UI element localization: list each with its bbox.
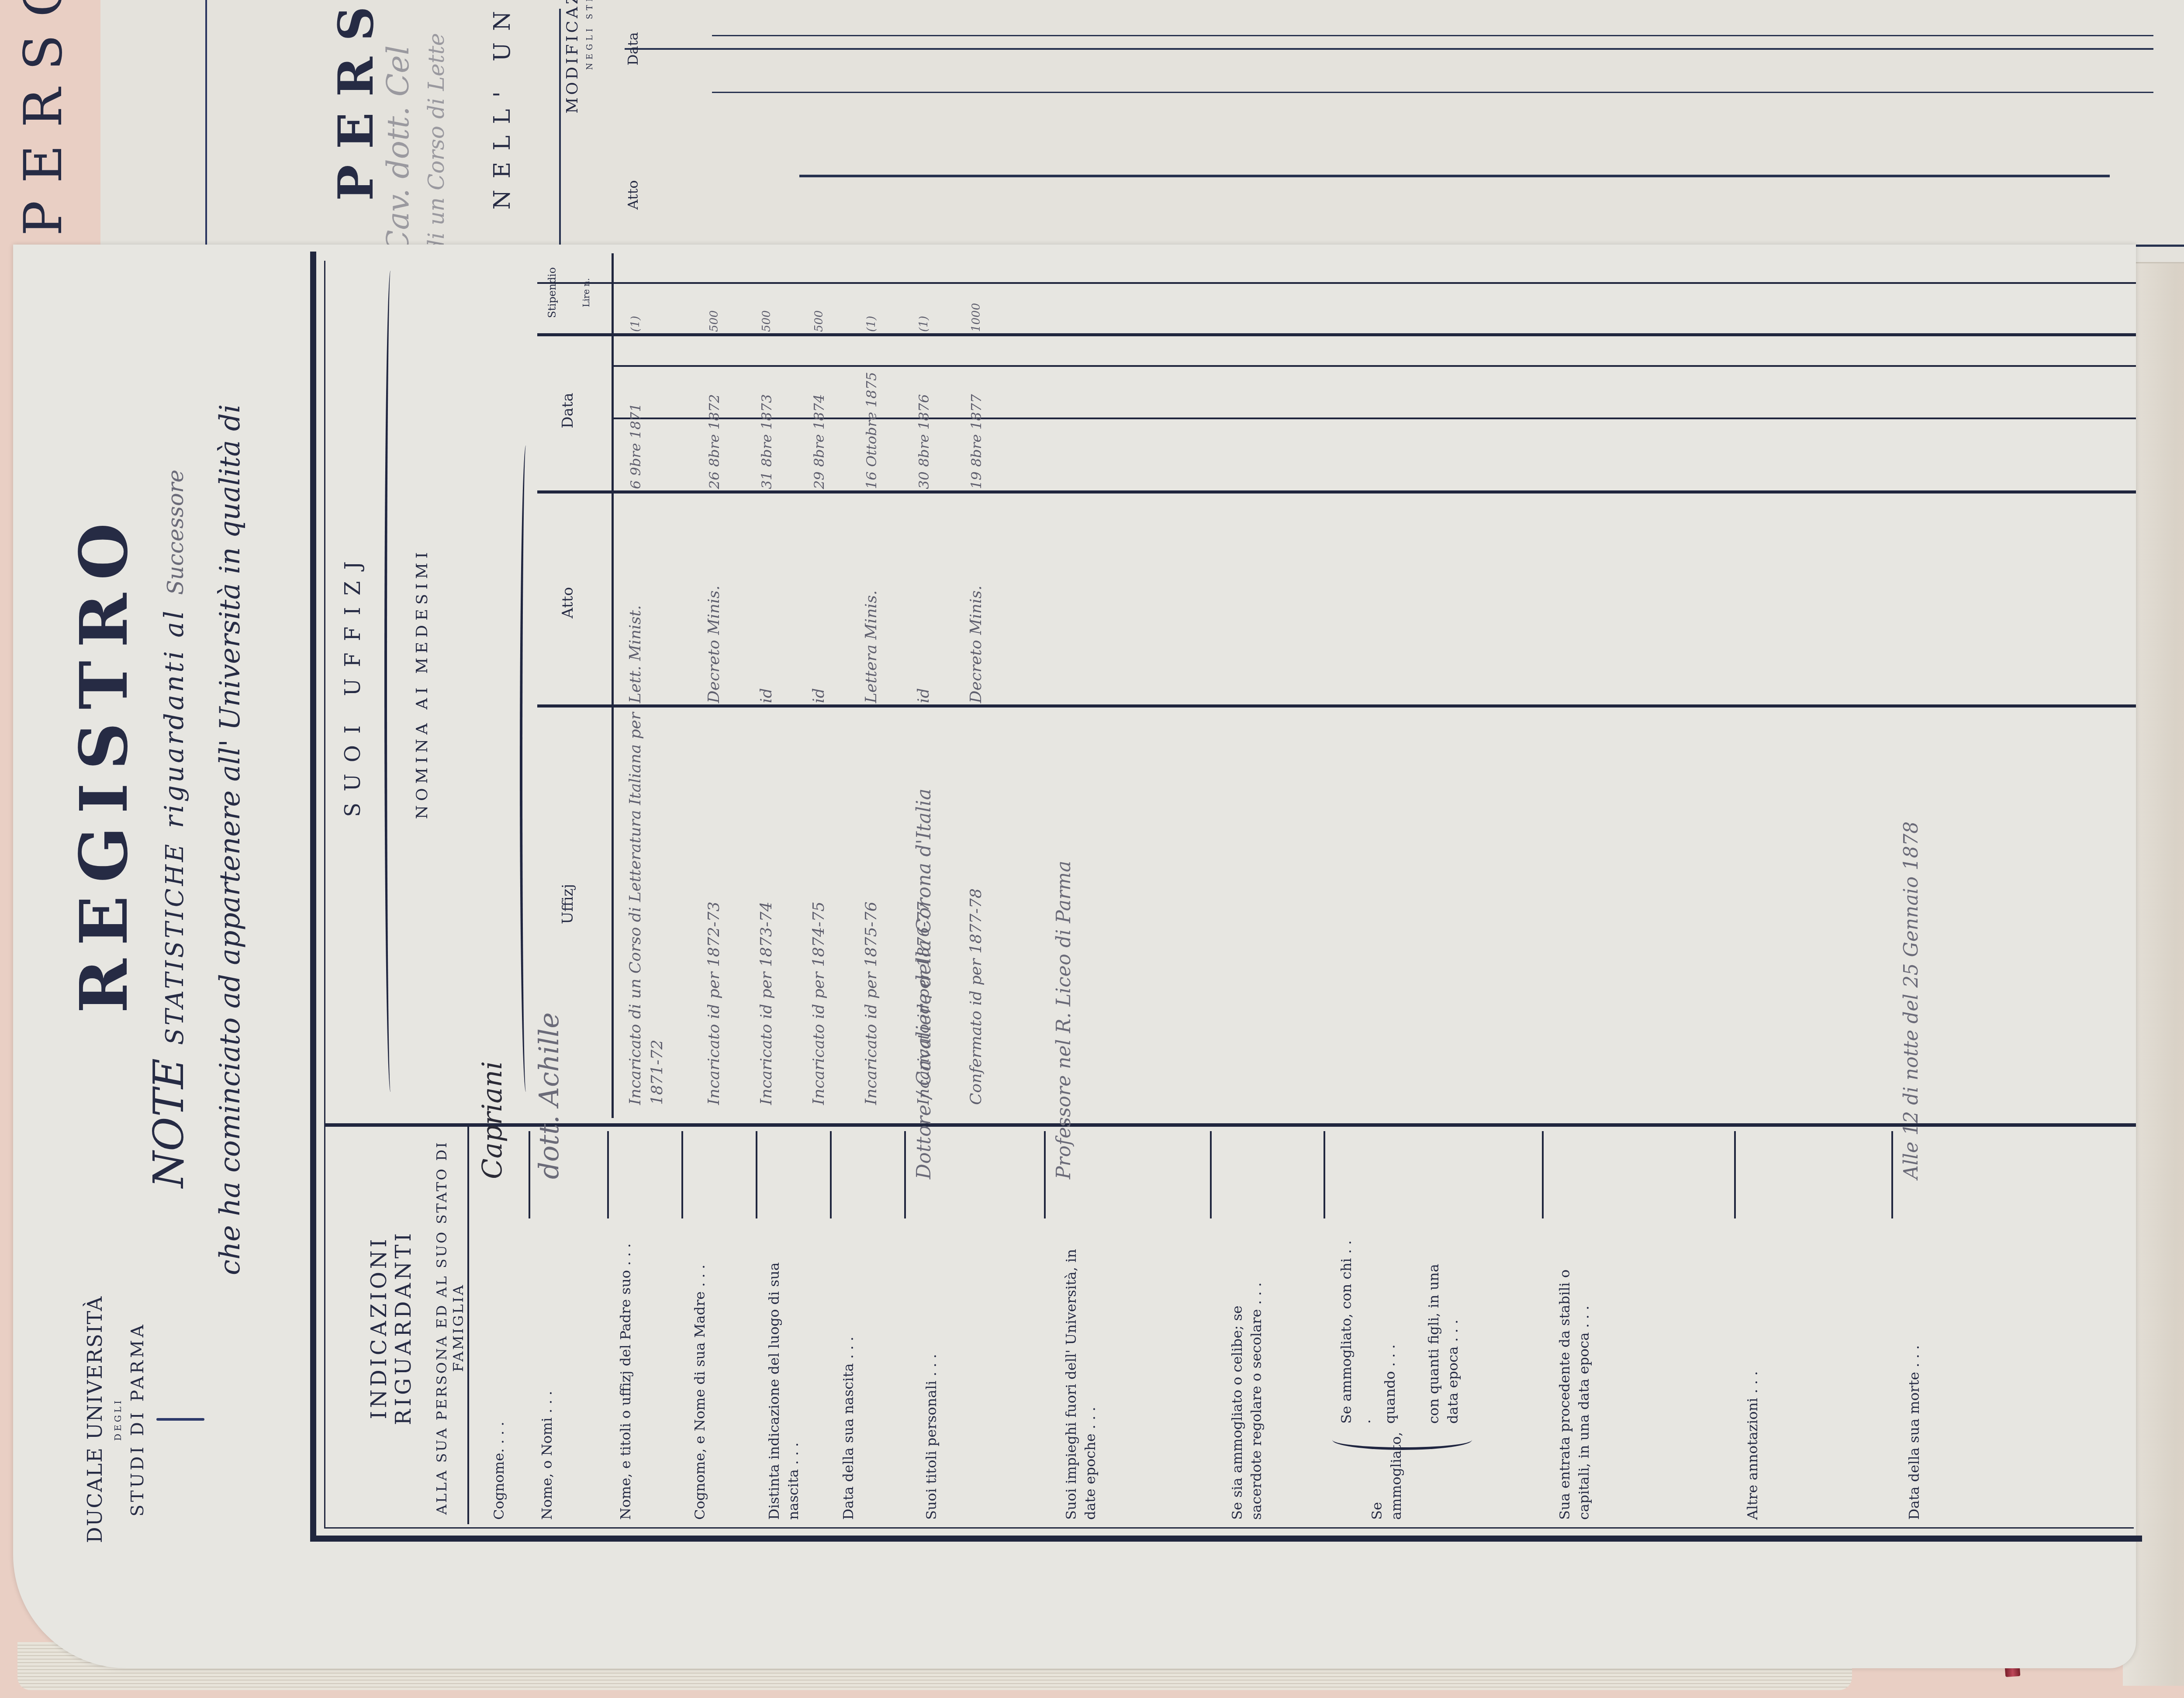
field-separator bbox=[904, 1131, 906, 1218]
field-label: Sua entrata procedente da stabili o capi… bbox=[1555, 1240, 1593, 1520]
register-page: DUCALE UNIVERSITÀ DEGLI STUDI DI PARMA R… bbox=[13, 245, 2136, 1668]
left-section-subheading: ALLA SUA PERSONA ED AL SUO STATO DI FAMI… bbox=[433, 1135, 467, 1520]
field-label: Suoi titoli personali . . . bbox=[922, 1240, 941, 1520]
field-separator bbox=[681, 1131, 683, 1218]
field-value: Capriani bbox=[476, 1061, 508, 1179]
under-page-handwriting-2: di un Corso di Lette bbox=[424, 33, 449, 253]
cell-stipendio: 1000 bbox=[965, 284, 987, 332]
cell-data: 19 8bre 1877 bbox=[965, 341, 987, 489]
married-group-label: Se ammogliato, bbox=[1367, 1459, 1406, 1520]
field-separator bbox=[1542, 1131, 1544, 1218]
subtitle-suffix: riguardanti al bbox=[159, 608, 190, 828]
cell-stipendio: (1) bbox=[860, 284, 882, 332]
field-separator bbox=[1210, 1131, 1212, 1218]
subtitle-handwritten: Successore bbox=[163, 469, 188, 595]
cell-data: 26 8bre 1872 bbox=[703, 341, 725, 489]
underlying-page: PERSONA PERSONA Cav. dott. Cel di un Cor… bbox=[100, 0, 2184, 263]
field-separator bbox=[830, 1131, 832, 1218]
cell-data: 29 8bre 1874 bbox=[808, 341, 830, 489]
subtitle-prefix: NOTE bbox=[144, 1058, 193, 1188]
under-page-section: NELL' UNIVE bbox=[489, 0, 515, 210]
col-header-data: Data bbox=[559, 332, 577, 489]
right-section-subheading: NOMINA AI MEDESIMI bbox=[413, 249, 431, 1118]
field-label: Data della sua morte . . . bbox=[1904, 1240, 1924, 1520]
under-page-title: PERSONA bbox=[13, 0, 74, 236]
col-header-rule bbox=[612, 253, 614, 1118]
field-separator bbox=[1891, 1131, 1893, 1218]
header-brace bbox=[384, 271, 397, 1092]
cell-data: 31 8bre 1873 bbox=[756, 341, 778, 489]
col-rule-data bbox=[537, 333, 2136, 336]
cell-atto: id bbox=[756, 498, 778, 703]
right-section-heading: SUOI UFFIZJ bbox=[341, 249, 365, 1118]
cell-uffizj: Incaricato id per 1873-74 bbox=[756, 712, 778, 1105]
left-section-heading: INDICAZIONI RIGUARDANTI bbox=[367, 1135, 416, 1520]
field-label: con quanti figli, in una data epoca . . … bbox=[1424, 1240, 1462, 1424]
cell-uffizj: Incaricato id per 1872-73 bbox=[703, 712, 725, 1105]
field-value: dott. Achille bbox=[533, 1012, 565, 1179]
under-page-title-vertical: PERSONA bbox=[328, 0, 384, 201]
field-label: quando . . . bbox=[1380, 1240, 1400, 1424]
field-value: Professore nel R. Liceo di Parma bbox=[1053, 861, 1075, 1179]
subtitle: NOTE STATISTICHE riguardanti al Successo… bbox=[144, 469, 193, 1188]
field-label: Cognome, e Nome di sua Madre . . . bbox=[690, 1240, 709, 1520]
cell-stipendio: 500 bbox=[808, 284, 830, 332]
field-label: Altre annotazioni . . . bbox=[1743, 1240, 1762, 1520]
cell-uffizj: Incaricato id per 1874-75 bbox=[808, 712, 830, 1105]
cell-atto: id bbox=[913, 498, 935, 703]
cell-atto: Decreto Minis. bbox=[703, 498, 725, 703]
right-section-header: SUOI UFFIZJ NOMINA AI MEDESIMI bbox=[328, 249, 431, 1118]
col-header-atto: Atto bbox=[559, 498, 577, 707]
cell-uffizj: Incaricato id per 1876-77 bbox=[913, 712, 935, 1105]
under-page-handwriting-1: Cav. dott. Cel bbox=[380, 45, 416, 253]
field-separator bbox=[1044, 1131, 1046, 1218]
cell-stipendio: 500 bbox=[703, 284, 725, 332]
cell-data: 16 Ottobre 1875 bbox=[860, 341, 882, 489]
cell-atto: Lett. Minist. bbox=[625, 498, 646, 703]
field-value: Alle 12 di notte del 25 Gennaio 1878 bbox=[1900, 821, 1922, 1179]
field-separator bbox=[1324, 1131, 1325, 1218]
col-rule-data-day bbox=[612, 418, 2136, 419]
field-separator bbox=[1734, 1131, 1736, 1218]
field-separator bbox=[607, 1131, 609, 1218]
col-rule-atto bbox=[537, 490, 2136, 494]
under-page-col-data: Data bbox=[625, 32, 641, 66]
cell-uffizj: Incaricato id per 1875-76 bbox=[860, 712, 882, 1105]
col-rule-uffizj bbox=[537, 704, 2136, 707]
ornamental-rule bbox=[156, 1418, 204, 1421]
institution-line2: DEGLI bbox=[113, 1223, 123, 1616]
field-label: Nome, o Nomi . . . bbox=[537, 1240, 556, 1520]
under-page-subsection: MODIFICAZIONI bbox=[563, 0, 581, 114]
cell-atto: id bbox=[808, 498, 830, 703]
col-rule-data-month bbox=[612, 365, 2136, 367]
register-sheet: DUCALE UNIVERSITÀ DEGLI STUDI DI PARMA R… bbox=[13, 245, 2136, 1668]
subheader-brace bbox=[520, 445, 532, 1092]
institution-line1: DUCALE UNIVERSITÀ bbox=[83, 1223, 107, 1616]
cell-data: 6 9bre 1871 bbox=[625, 341, 646, 489]
subtitle-line2: che ha cominciato ad appartenere all' Un… bbox=[214, 404, 246, 1275]
section-divider bbox=[324, 1123, 2136, 1127]
cell-stipendio: (1) bbox=[625, 284, 646, 332]
field-label: Se sia ammogliato o celibe; se sacerdote… bbox=[1227, 1240, 1266, 1520]
left-header-rule bbox=[467, 1127, 469, 1524]
cell-atto: Lettera Minis. bbox=[860, 498, 882, 703]
field-label: Cognome. . . . bbox=[489, 1240, 508, 1520]
cell-stipendio: (1) bbox=[913, 284, 935, 332]
field-separator bbox=[529, 1131, 530, 1218]
field-separator bbox=[756, 1131, 757, 1218]
institution-header: DUCALE UNIVERSITÀ DEGLI STUDI DI PARMA bbox=[83, 1223, 204, 1616]
cell-uffizj: Confermato id per 1877-78 bbox=[965, 712, 987, 1105]
under-page-subsection-sub: NEGLI STI bbox=[585, 0, 594, 70]
col-header-stipendio: Stipendio bbox=[546, 253, 558, 332]
field-label: Nome, e titoli o uffizj del Padre suo . … bbox=[616, 1240, 635, 1520]
under-page-col-atto: Atto bbox=[625, 180, 641, 210]
field-label: Se ammogliato, con chi . . . bbox=[1337, 1240, 1375, 1424]
cell-data: 30 8bre 1876 bbox=[913, 341, 935, 489]
field-label: Distinta indicazione del luogo di sua na… bbox=[764, 1240, 803, 1520]
subtitle-smallcaps: STATISTICHE bbox=[161, 842, 189, 1045]
stipendio-unit: Lire n. bbox=[581, 253, 591, 332]
left-section-header: INDICAZIONI RIGUARDANTI ALLA SUA PERSONA… bbox=[336, 1135, 467, 1520]
field-label: Suoi impieghi fuori dell' Università, in… bbox=[1061, 1240, 1100, 1520]
cell-atto: Decreto Minis. bbox=[965, 498, 987, 703]
cell-stipendio: 500 bbox=[756, 284, 778, 332]
cell-uffizj: Incaricato di un Corso di Letteratura It… bbox=[625, 712, 668, 1105]
institution-line3: STUDI DI PARMA bbox=[128, 1223, 148, 1616]
field-label: Data della sua nascita . . . bbox=[839, 1240, 858, 1520]
page-title: REGISTRO bbox=[66, 510, 142, 1013]
